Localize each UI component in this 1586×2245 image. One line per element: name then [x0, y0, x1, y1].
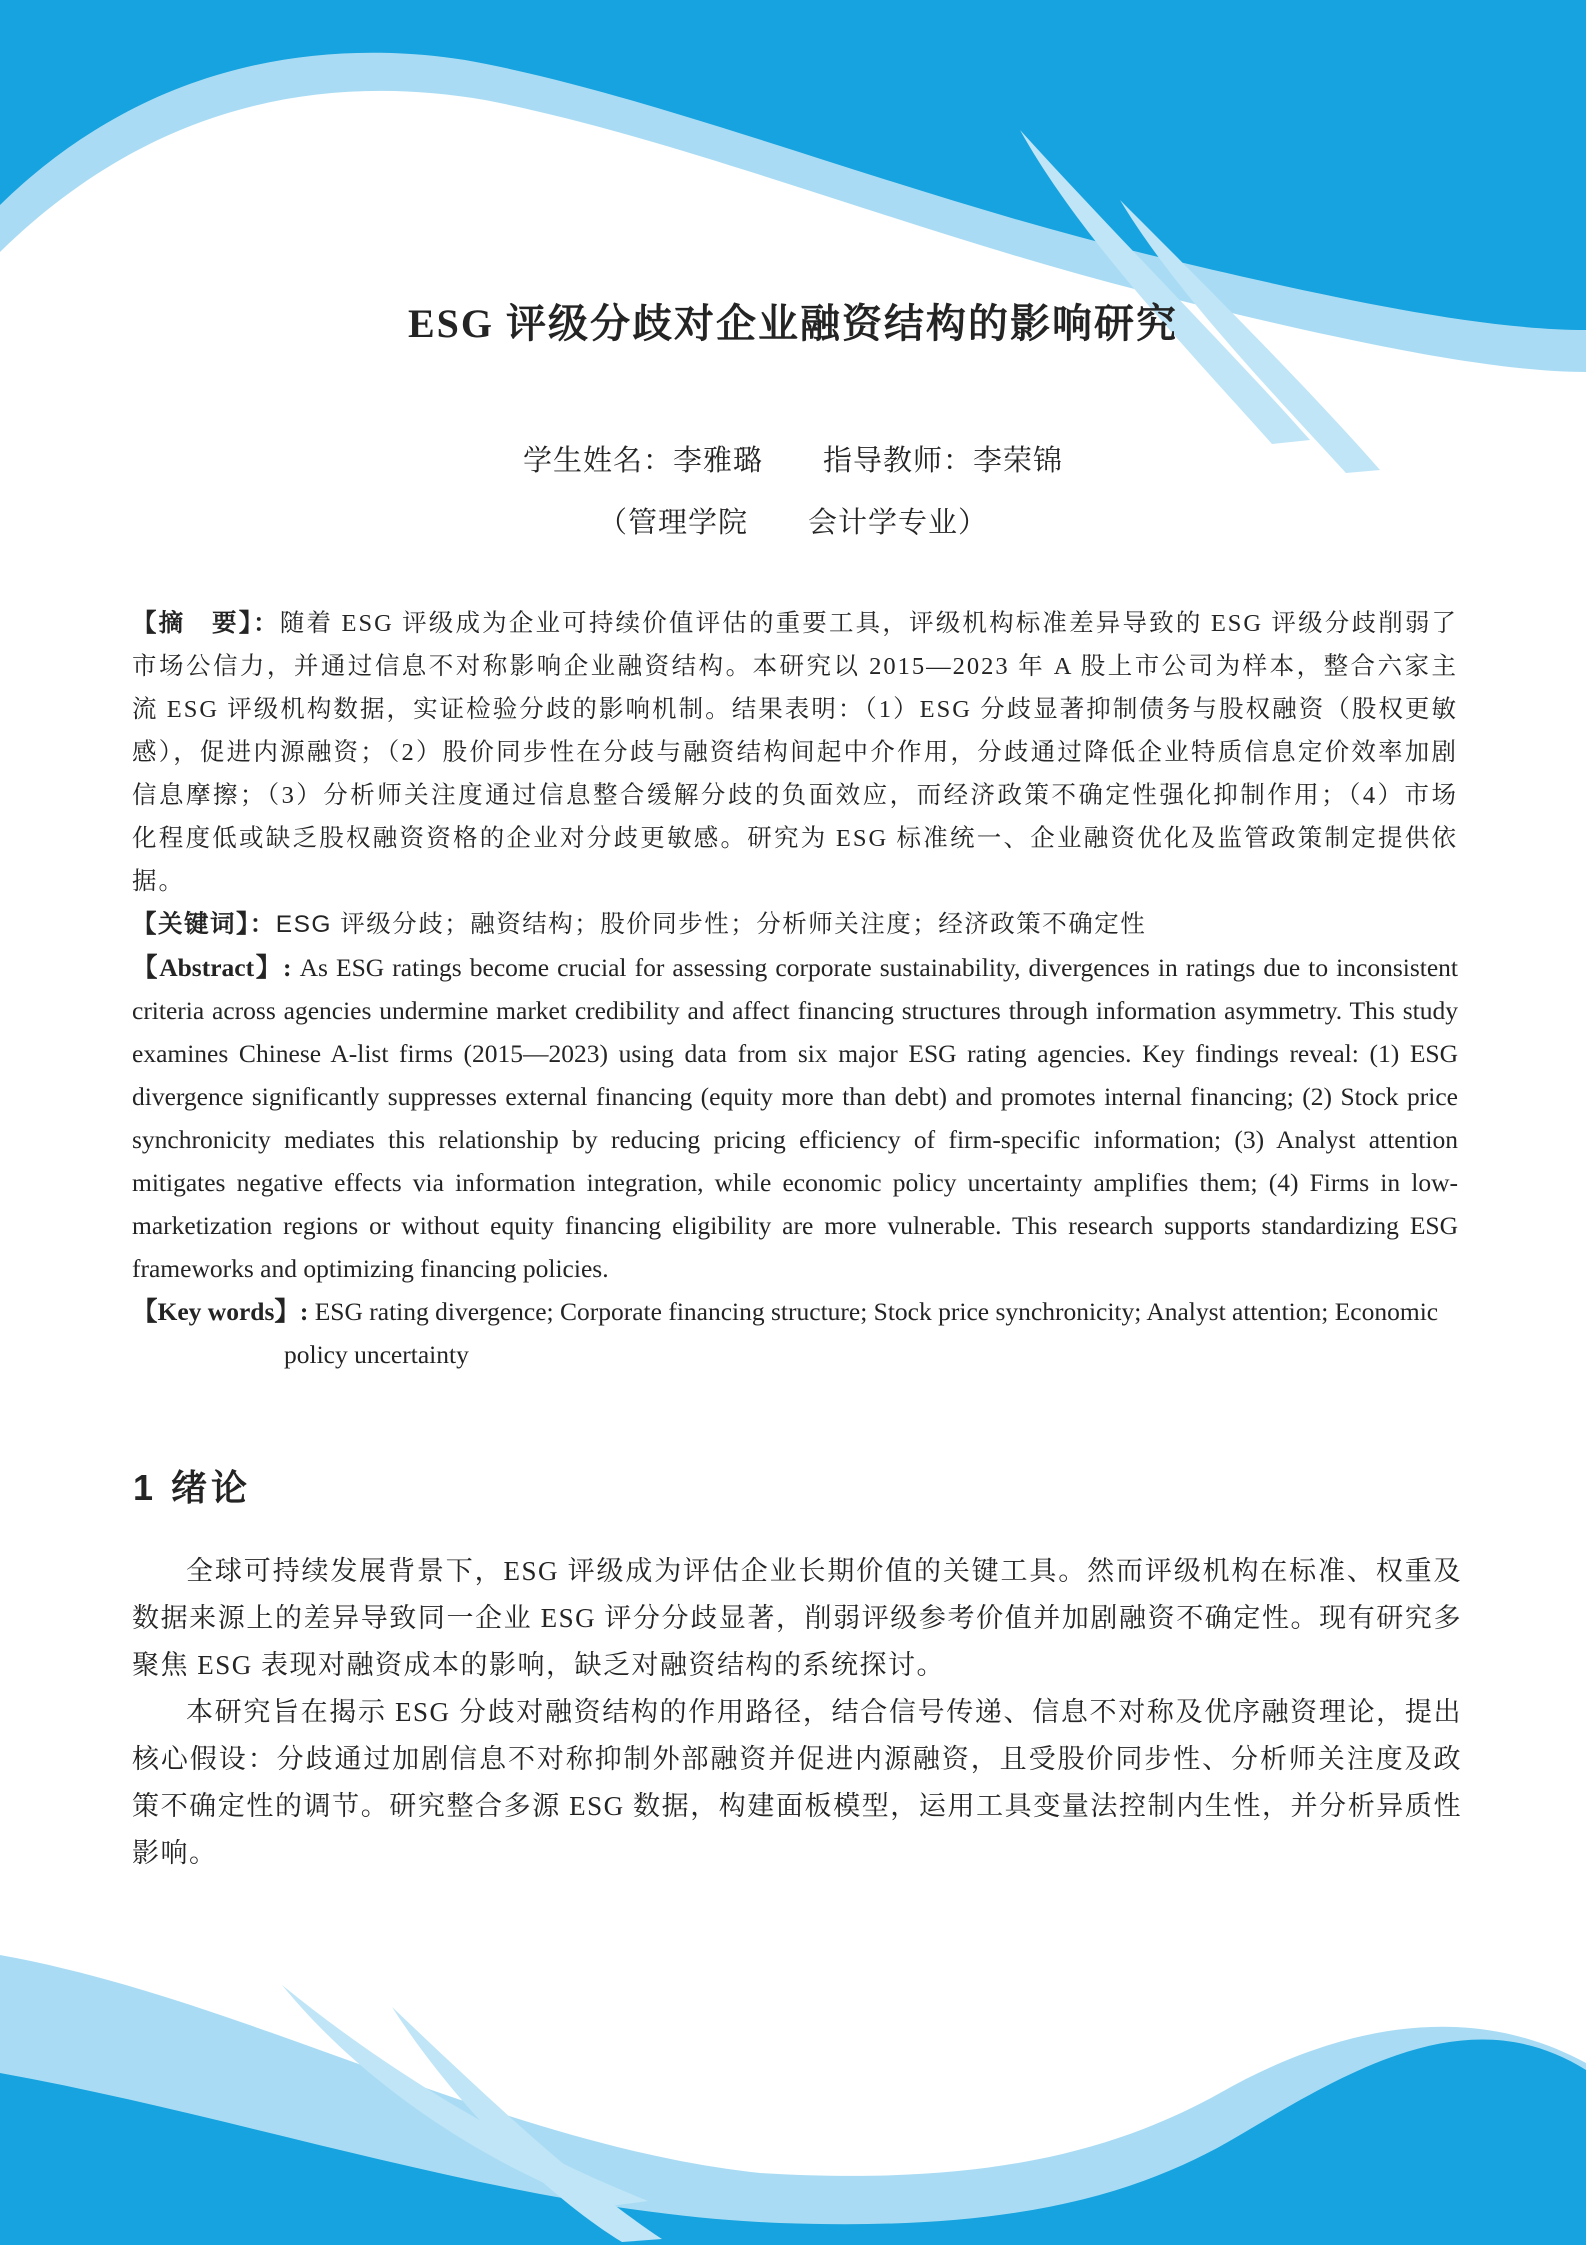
footer-streak-2 [392, 2007, 662, 2242]
abstract-en-label: 【Abstract】: [132, 953, 300, 982]
page-title: ESG 评级分歧对企业融资结构的影响研究 [0, 292, 1586, 349]
thesis-cover-page: ESG 评级分歧对企业融资结构的影响研究 学生姓名：李雅璐 指导教师：李荣锦 （… [0, 0, 1586, 2245]
affiliation: （管理学院 会计学专业） [0, 500, 1586, 541]
abstract-cn-label: 【摘 要】： [132, 610, 280, 637]
footer-wave-decoration [0, 1945, 1586, 2245]
keywords-cn-label: 【关键词】： [132, 911, 276, 938]
abstract-cn-text: 随着 ESG 评级成为企业可持续价值评估的重要工具，评级机构标准差异导致的 ES… [132, 610, 1458, 895]
keywords-en-text: ESG rating divergence; Corporate financi… [284, 1297, 1438, 1369]
introduction-block: 全球可持续发展背景下，ESG 评级成为评估企业长期价值的关键工具。然而评级机构在… [132, 1548, 1462, 1877]
intro-paragraph-2: 本研究旨在揭示 ESG 分歧对融资结构的作用路径，结合信号传递、信息不对称及优序… [132, 1689, 1462, 1877]
keywords-en: 【Key words】: ESG rating divergence; Corp… [132, 1290, 1458, 1376]
footer-light-wave [0, 1955, 1586, 2245]
keywords-cn: 【关键词】：ESG 评级分歧；融资结构；股价同步性；分析师关注度；经济政策不确定… [132, 903, 1458, 946]
abstract-cn-block: 【摘 要】：随着 ESG 评级成为企业可持续价值评估的重要工具，评级机构标准差异… [132, 602, 1458, 946]
abstract-en-block: 【Abstract】: As ESG ratings become crucia… [132, 946, 1458, 1376]
section-heading-introduction: 1 绪论 [133, 1460, 251, 1511]
abstract-cn: 【摘 要】：随着 ESG 评级成为企业可持续价值评估的重要工具，评级机构标准差异… [132, 602, 1458, 903]
keywords-cn-text: ESG 评级分歧；融资结构；股价同步性；分析师关注度；经济政策不确定性 [276, 911, 1147, 938]
abstract-en-text: As ESG ratings become crucial for assess… [132, 953, 1458, 1283]
keywords-en-label: 【Key words】: [132, 1297, 315, 1326]
intro-paragraph-1: 全球可持续发展背景下，ESG 评级成为评估企业长期价值的关键工具。然而评级机构在… [132, 1548, 1462, 1689]
abstract-en: 【Abstract】: As ESG ratings become crucia… [132, 946, 1458, 1290]
footer-main-wave [0, 2040, 1586, 2245]
header-main-wave [0, 0, 1586, 330]
footer-streak-1 [282, 1985, 648, 2207]
byline: 学生姓名：李雅璐 指导教师：李荣锦 [0, 438, 1586, 479]
header-streak-1 [1020, 130, 1310, 444]
